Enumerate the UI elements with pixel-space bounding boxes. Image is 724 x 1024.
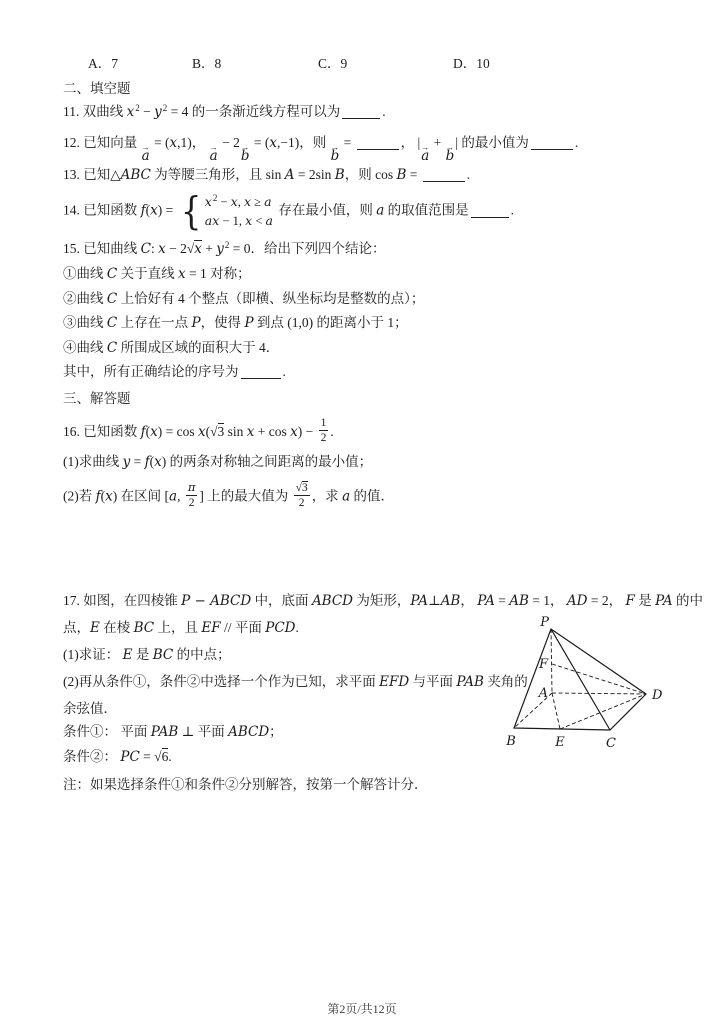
edge-pc [551,629,610,730]
option-a: A．7 [88,55,118,73]
segment-ae-dashed [552,693,560,729]
condition-1: 条件①： 平面 PAB ⊥ 平面 ABCD； [63,723,283,741]
question-17-part-2-cont: 余弦值． [63,700,117,718]
question-12: 12. 已知向量 →a = (x,1)， →a − 2→b = (x,−1)，则… [63,134,578,164]
condition-2: 条件②： PC = √6. [63,748,172,766]
conclusion-1: ①曲线 C 关于直线 x = 1 对称； [63,265,251,283]
edge-pa-dashed [551,629,552,693]
question-15-answer-line: 其中，所有正确结论的序号为. [63,363,286,381]
question-13: 13. 已知△ABC 为等腰三角形，且 sin A = 2sin B，则 cos… [63,166,470,184]
question-17-part-1: (1)求证： E 是 BC 的中点； [63,646,231,664]
page-footer: 第2页/共12页 [0,1000,724,1017]
section-solutions-header: 三、解答题 [63,390,131,408]
question-17-line-1: 17. 如图，在四棱锥 P − ABCD 中，底面 ABCD 为矩形，PA⊥AB… [63,592,703,610]
question-16-part-1: (1)求曲线 y = f(x) 的两条对称轴之间距离的最小值； [63,453,372,471]
scoring-note: 注：如果选择条件①和条件②分别解答，按第一个解答计分． [63,776,428,794]
conclusion-2: ②曲线 C 上恰好有 4 个整点（即横、纵坐标均是整数的点）； [63,290,424,308]
segment-ed-dashed [560,694,646,729]
segment-fd-dashed [552,664,646,694]
section-fill-in-header: 二、填空题 [63,80,131,98]
conclusion-4: ④曲线 C 所围成区域的面积大于 4． [63,339,279,357]
exam-page: A．7 B．8 C．9 D．10 二、填空题 11. 双曲线 x2 − y2 =… [0,0,724,1024]
question-11: 11. 双曲线 x2 − y2 = 4 的一条渐近线方程可以为. [63,103,386,121]
vertex-label-e: E [554,735,565,750]
vertex-label-d: D [651,688,663,703]
pyramid-figure: P F A D B E C [503,615,675,755]
vertex-label-f: F [538,657,549,672]
vertex-label-c: C [606,736,616,751]
edge-ad-dashed [552,693,646,694]
question-16-part-2: (2)若 f(x) 在区间 [a, π2] 上的最大值为 √32，求 a 的值． [63,482,394,513]
option-d: D．10 [453,55,490,73]
question-15: 15. 已知曲线 C: x − 2√x + y2 = 0．给出下列四个结论： [63,240,386,258]
question-17-part-2: (2)再从条件①，条件②中选择一个作为已知，求平面 EFD 与平面 PAB 夹角… [63,673,528,691]
question-17-line-2: 点，E 在棱 BC 上，且 EF // 平面 PCD. [63,619,299,637]
option-b: B．8 [192,55,221,73]
option-c: C．9 [318,55,347,73]
question-14: 14. 已知函数 f(x) = {x2 − x, x ≥ aax − 1, x … [63,194,514,229]
conclusion-3: ③曲线 C 上存在一点 P，使得 P 到点 (1,0) 的距离小于 1； [63,314,408,332]
question-16: 16. 已知函数 f(x) = cos x(√3 sin x + cos x) … [63,418,334,448]
vertex-label-b: B [505,734,516,749]
vertex-label-a: A [538,686,548,701]
vertex-label-p: P [539,615,549,630]
